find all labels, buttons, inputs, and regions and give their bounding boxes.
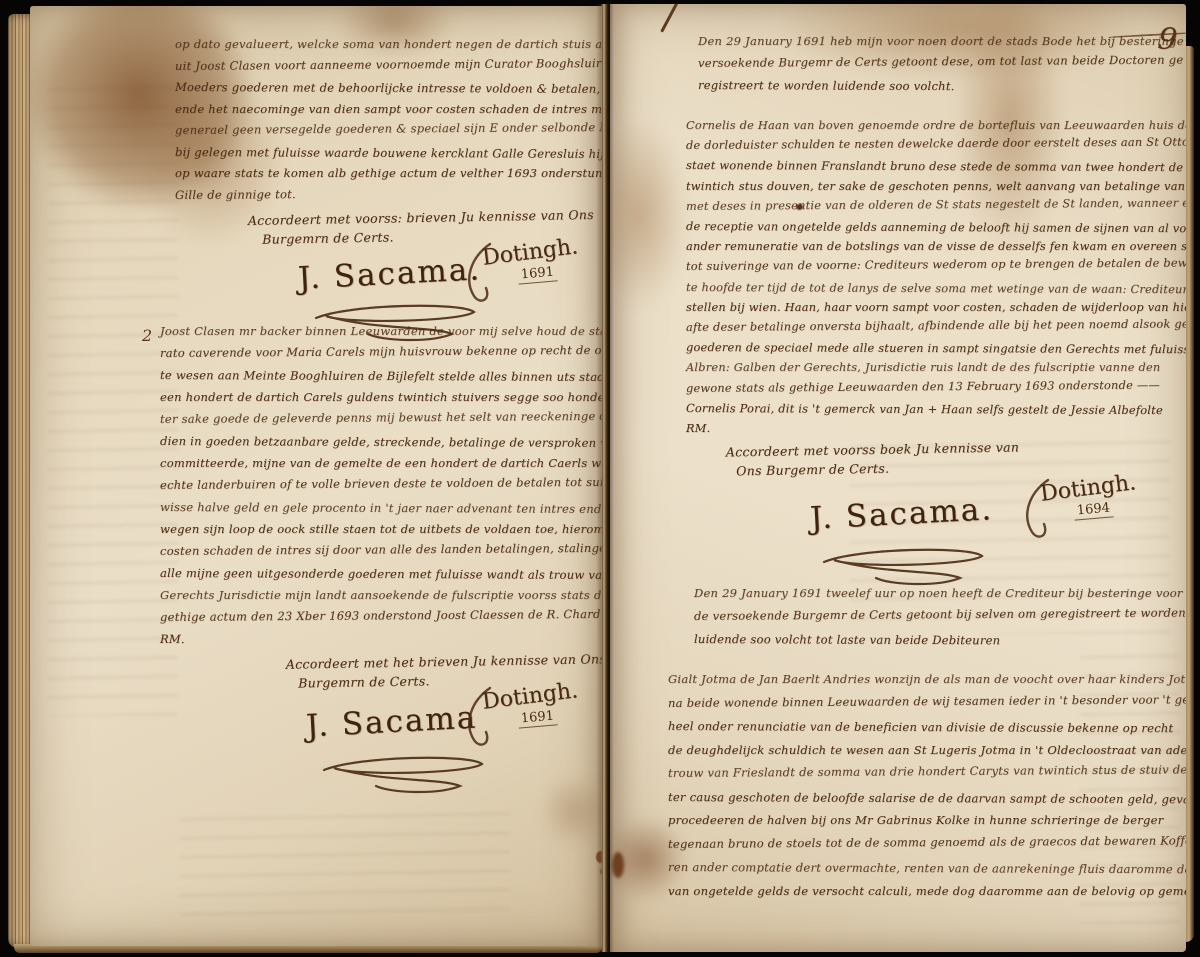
manuscript-line: tot suiveringe van de voorne: Crediteurs… <box>686 254 1186 278</box>
signature-sacama: J. Sacama <box>305 700 478 745</box>
entry-text-block: Joost Clasen mr backer binnen Leeuwarden… <box>160 320 602 650</box>
entry-text-block: Den 29 January 1691 heb mijn voor noen d… <box>698 30 1180 96</box>
manuscript-line: ren ander comptatie dert overmachte, ren… <box>668 856 1183 882</box>
manuscript-line: uit Joost Clasen voort aanneeme voornoem… <box>175 53 601 77</box>
entry-text-block: Cornelis de Haan van boven genoemde ordr… <box>686 116 1186 439</box>
attestation-line: Accordeert met het brieven Ju kennisse v… <box>286 651 602 672</box>
manuscript-line: trouw van Frieslandt de somma van drie h… <box>668 758 1183 785</box>
manuscript-line: costen schaden de intres sij door van al… <box>160 537 602 562</box>
manuscript-line: ter causa geschoten de beloofde salarise… <box>668 786 1183 812</box>
manuscript-line: Cornelis Porai, dit is 't gemerck van Ja… <box>686 399 1186 421</box>
manuscript-line: dien in goeden betzaanbare gelde, streck… <box>160 430 602 454</box>
signature-dotingh: Dotingh. <box>481 234 580 271</box>
manuscript-line: tegenaan bruno de stoels tot de de somma… <box>668 829 1183 856</box>
manuscript-line: bij gelegen met fuluisse waarde bouwene … <box>175 142 601 165</box>
manuscript-line: alle mijne geen uitgesonderde goederen m… <box>160 562 602 586</box>
manuscript-line: generael geen versegelde goederen & spec… <box>175 117 601 141</box>
manuscript-line: gethige actum den 23 Xber 1693 onderston… <box>160 603 602 628</box>
manuscript-line: te wesen aan Meinte Booghluiren de Bijle… <box>160 364 602 388</box>
entry-text-block: Den 29 January 1691 tweelef uur op noen … <box>694 582 1176 651</box>
manuscript-line: op waare stats te komen alb gethige actu… <box>175 163 601 185</box>
manuscript-line: met deses in presentie van de olderen de… <box>686 193 1186 217</box>
manuscript-line: staet wonende binnen Franslandt bruno de… <box>686 156 1186 178</box>
signature-sacama: J. Sacama. <box>297 251 482 297</box>
manuscript-line: Moeders goederen met de behoorlijcke int… <box>175 77 601 100</box>
signature-sacama: J. Sacama. <box>809 491 994 537</box>
manuscript-line: goederen de speciael mede alle stueren i… <box>686 338 1186 360</box>
manuscript-page-left: op dato gevalueert, welcke soma van hond… <box>30 6 602 946</box>
manuscript-line: ter sake goede de geleverde penns mij be… <box>160 405 602 430</box>
manuscript-line: op dato gevalueert, welcke soma van hond… <box>175 34 601 56</box>
manuscript-line: registreert te worden luidende soo volch… <box>698 74 1180 98</box>
attestation-line: Accordeert met voorss boek Ju kennisse v… <box>726 439 1020 459</box>
signature-year: 1691 <box>517 264 557 284</box>
manuscript-page-right: 9 Den 29 January 1691 heb mijn voor noen… <box>610 4 1186 952</box>
signature-year: 1691 <box>517 708 557 728</box>
manuscript-line: de versoekende Burgemr de Certs getoont … <box>694 602 1176 628</box>
manuscript-line: RM. <box>686 419 1186 439</box>
manuscript-photo: op dato gevalueert, welcke soma van hond… <box>0 0 1200 957</box>
manuscript-line: de dorleduister schulden te nesten dewel… <box>686 133 1186 157</box>
signature-dotingh: Dotingh. <box>1039 470 1138 507</box>
manuscript-line: RM. <box>160 628 602 652</box>
attestation-line: Accordeert met voorss: brieven Ju kennis… <box>248 207 594 228</box>
manuscript-line: echte landerbuiren of te volle brieven d… <box>160 471 602 496</box>
signature-year: 1694 <box>1073 500 1113 520</box>
manuscript-line: rato caverende voor Maria Carels mijn hu… <box>160 339 602 364</box>
manuscript-line: te hoofde ter tijd de tot de lanys de se… <box>686 278 1186 300</box>
show-through-text <box>48 76 178 716</box>
manuscript-line: van ongetelde gelds de versocht calculi,… <box>668 880 1183 904</box>
manuscript-line: gewone stats als gethige Leeuwaarden den… <box>686 375 1186 399</box>
manuscript-line: Gille de ginnige tot. <box>175 182 601 206</box>
manuscript-line: na beide wonende binnen Leeuwaarden de w… <box>668 688 1183 715</box>
entry-text-block: op dato gevalueert, welcke soma van hond… <box>175 34 601 206</box>
binding-gutter <box>596 4 614 952</box>
manuscript-line: versoekende Burgemr de Certs getoont des… <box>698 49 1180 74</box>
manuscript-line: wisse halve geld en gele procento in 't … <box>160 496 602 520</box>
signature-dotingh: Dotingh. <box>481 678 580 715</box>
signature-block: J. Sacama. Dotingh. 1694 <box>770 472 1130 592</box>
show-through-text <box>180 806 510 926</box>
manuscript-line: afte deser betalinge onversta bijhaalt, … <box>686 315 1186 339</box>
entry-text-block: Gialt Jotma de Jan Baerlt Andries wonzij… <box>668 668 1183 903</box>
stray-pen-stroke <box>660 4 679 33</box>
signature-flourish <box>318 752 493 798</box>
manuscript-line: heel onder renunciatie van de beneficien… <box>668 715 1183 741</box>
manuscript-line: luidende soo volcht tot laste van beide … <box>694 628 1176 653</box>
margin-entry-numeral: 2 <box>142 326 152 345</box>
manuscript-line: de receptie van ongetelde gelds aannemin… <box>686 217 1186 239</box>
signature-block: J. Sacama Dotingh. 1691 <box>292 678 602 798</box>
